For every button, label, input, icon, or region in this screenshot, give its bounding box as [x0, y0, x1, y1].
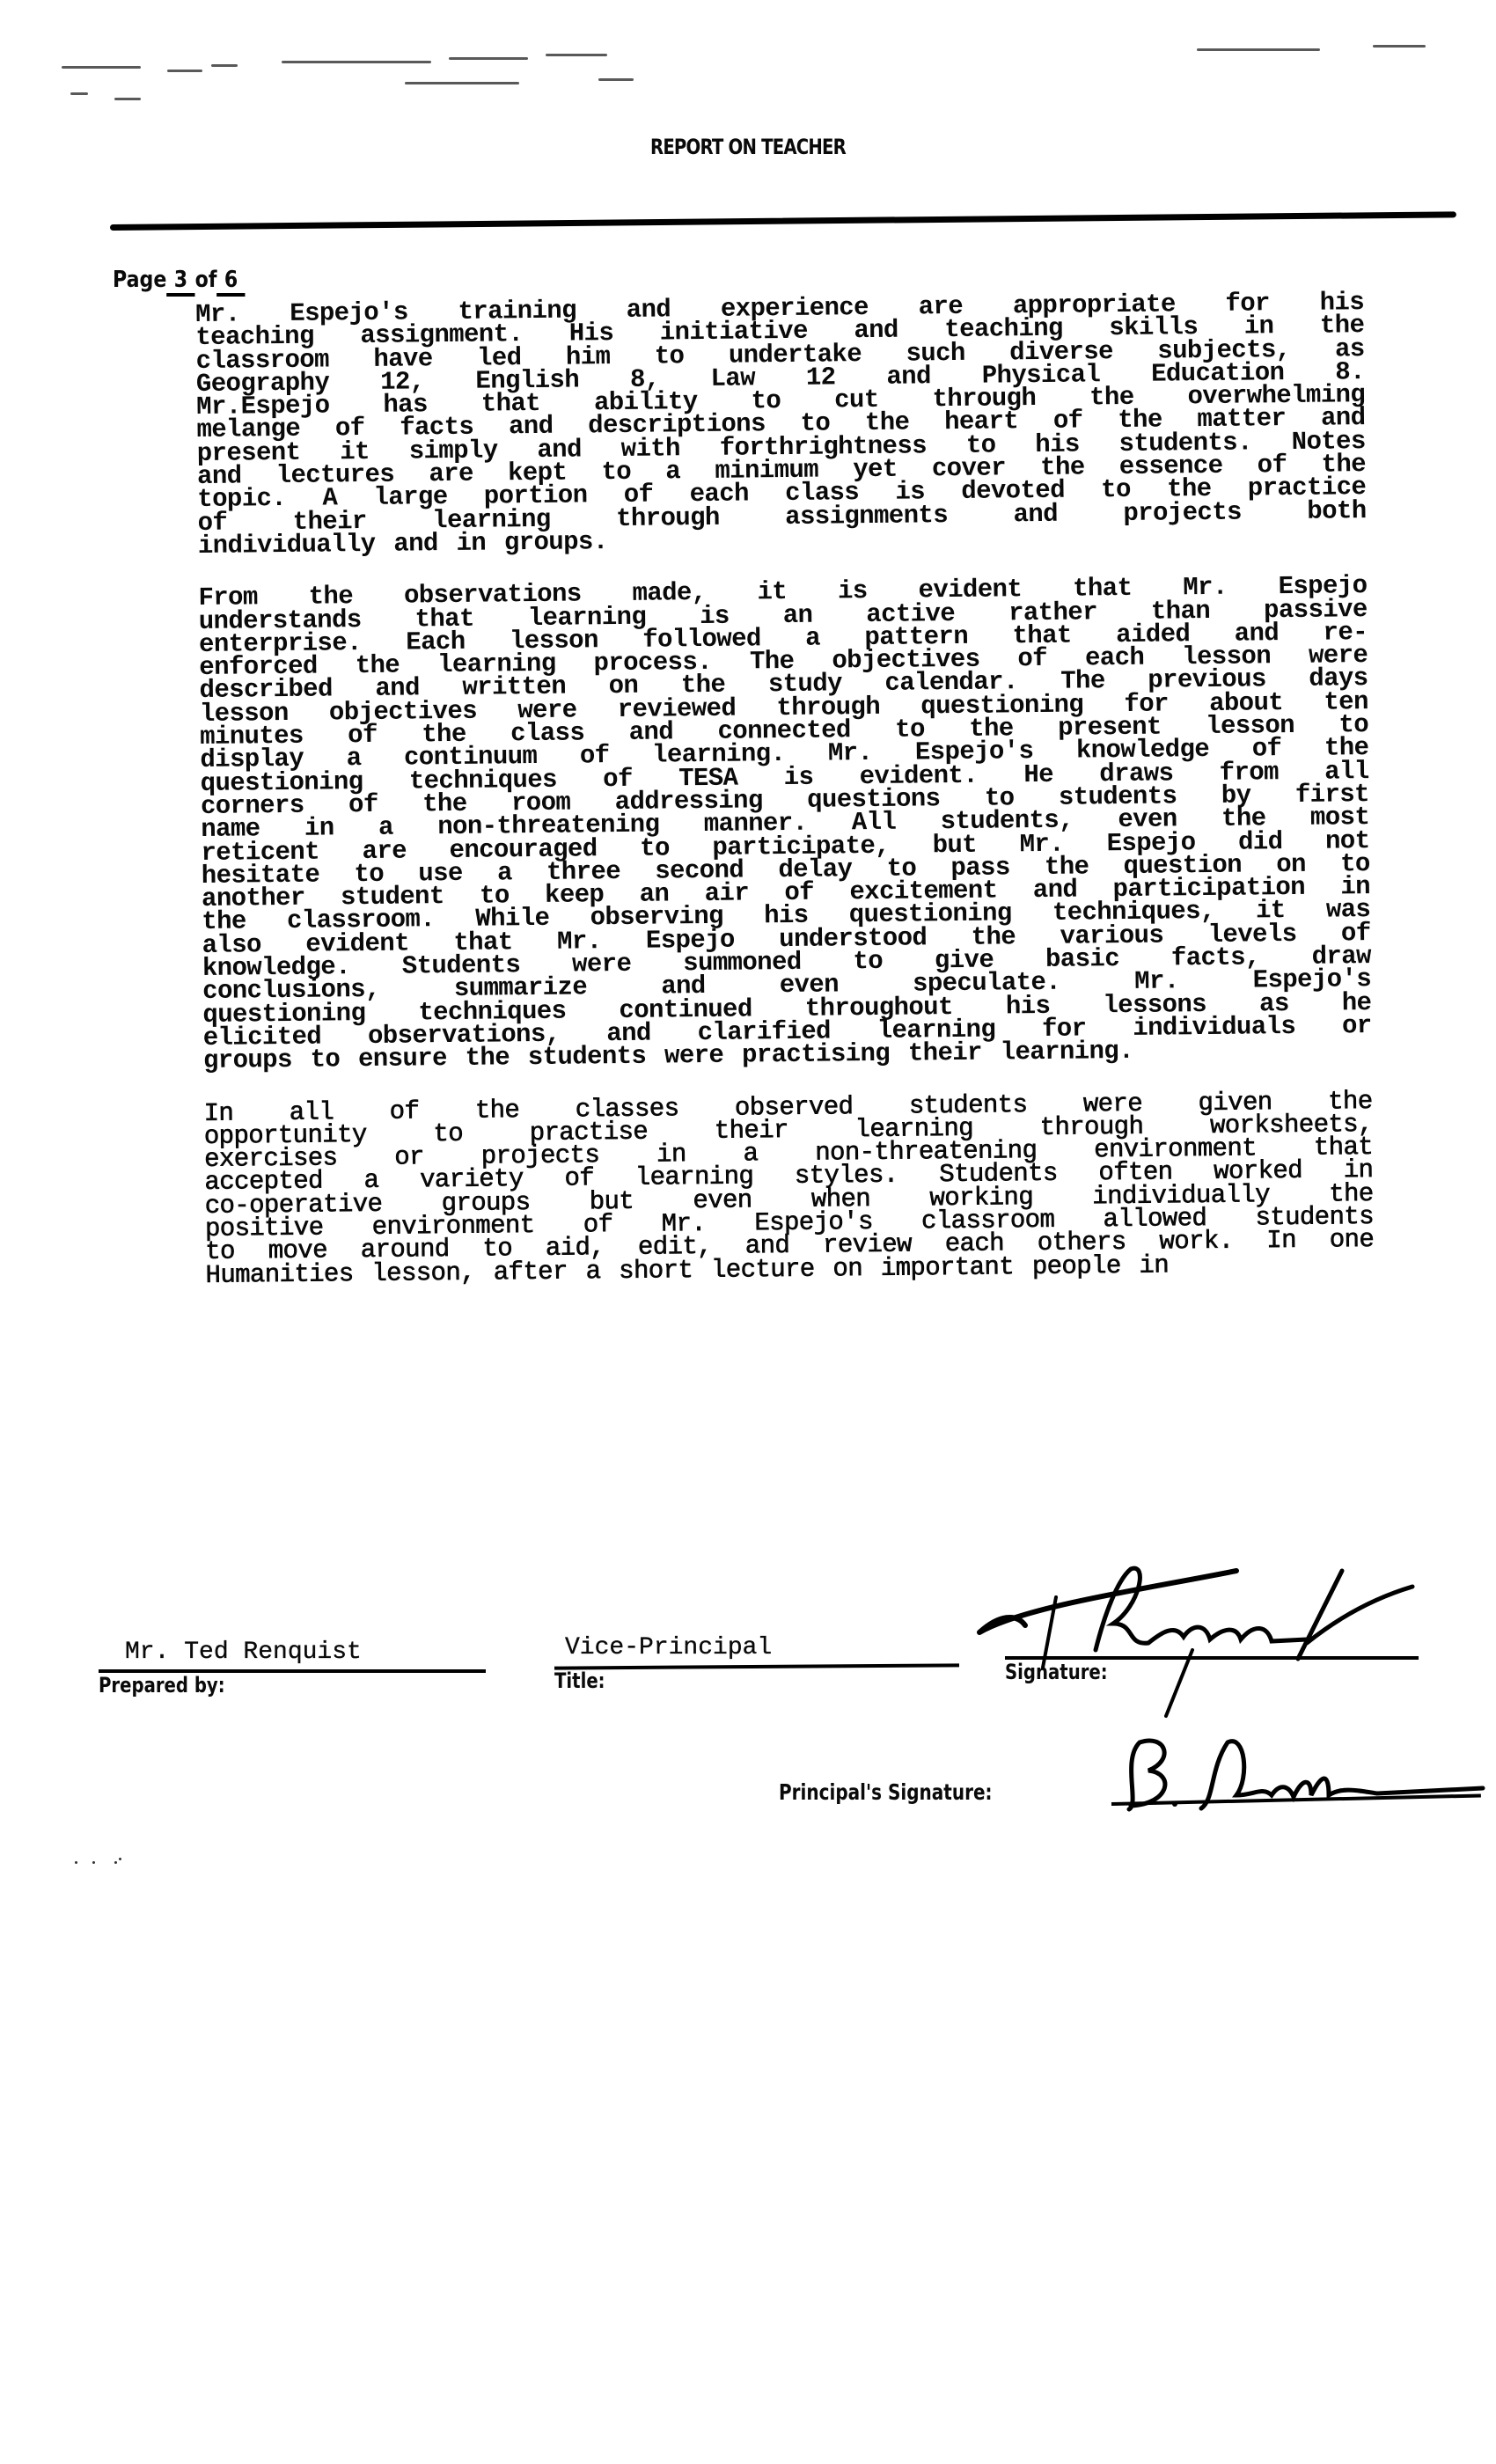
title-label: Title:: [554, 1668, 886, 1693]
page-label: Page: [113, 267, 166, 293]
page-total: 6: [216, 267, 245, 297]
prepared-by-value: Mr. Ted Renquist: [99, 1639, 486, 1666]
signature-label: Signature:: [1005, 1660, 1344, 1684]
principal-signature-line: [1111, 1793, 1481, 1806]
paragraph-observations: From the observations made, it is eviden…: [198, 575, 1372, 1073]
page-indicator: Page3of6: [113, 267, 246, 297]
prepared-by-field[interactable]: Mr. Ted Renquist Prepared by:: [99, 1639, 486, 1698]
signature-field[interactable]: Signature:: [1005, 1621, 1419, 1684]
page-current: 3: [166, 267, 194, 297]
report-body: Mr. Espejo's training and experience are…: [195, 291, 1375, 1316]
principal-signature-field[interactable]: Principal's Signature:: [779, 1760, 1496, 1830]
principal-signature-label: Principal's Signature:: [779, 1779, 993, 1805]
header-divider: [110, 211, 1456, 231]
scan-noise: [53, 48, 1461, 128]
page-of-label: of: [195, 267, 217, 293]
title-value: Vice-Principal: [554, 1634, 959, 1661]
prepared-by-label: Prepared by:: [99, 1673, 416, 1698]
document-title: REPORT ON TEACHER: [135, 135, 1361, 159]
document-page: { "document": { "title": "REPORT ON TEAC…: [0, 0, 1496, 2464]
title-field[interactable]: Vice-Principal Title:: [554, 1634, 959, 1693]
paragraph-classes: In all of the classes observed students …: [204, 1090, 1375, 1287]
paragraph-training: Mr. Espejo's training and experience are…: [195, 291, 1367, 558]
